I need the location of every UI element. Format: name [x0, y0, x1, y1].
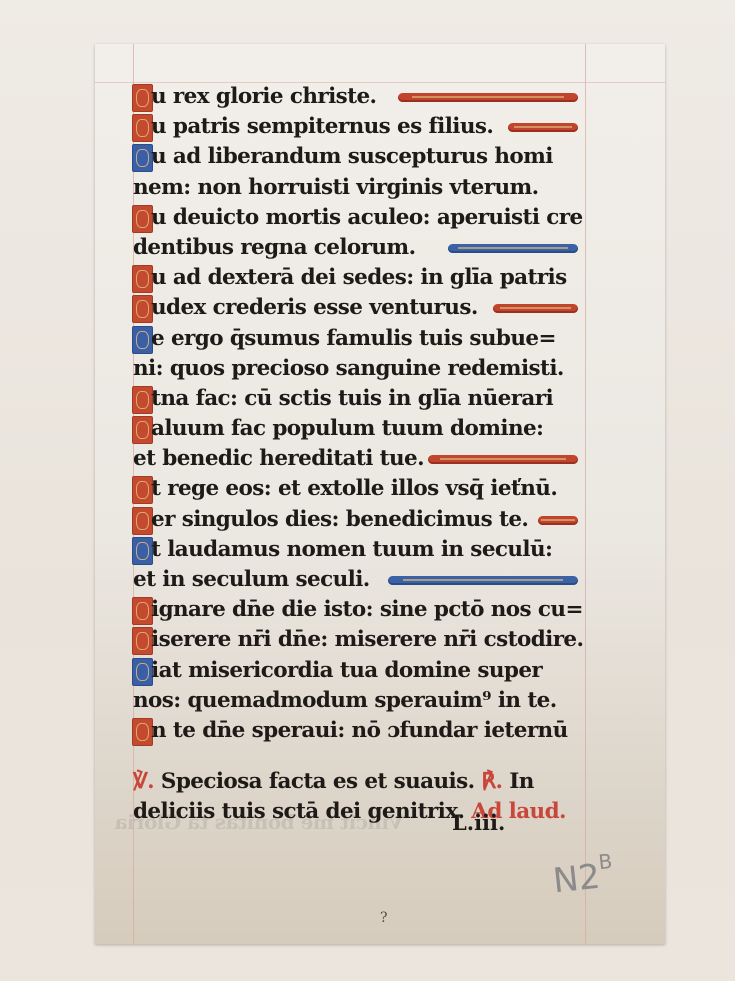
line-text: iserere nr̄i dn̄e: miserere nr̄i cstodir… [151, 625, 583, 655]
illuminated-initial-red [132, 597, 153, 625]
response-text: In [509, 769, 534, 794]
versicle-mark: ℣. [133, 769, 154, 794]
text-line: iat misericordia tua domine super [133, 656, 583, 686]
closing-response-line: deliciis tuis sctā dei genitrix. Ad laud… [133, 797, 583, 827]
line-text: aluum fac populum tuum domine: [151, 414, 543, 444]
line-text: t laudamus nomen tuum in seculū: [151, 535, 552, 565]
line-text: tna fac: cū sctis tuis in glīa nūerari [151, 384, 553, 414]
illuminated-initial-red [132, 507, 153, 535]
line-filler-blue [448, 244, 578, 253]
line-text: ignare dn̄e die isto: sine pctō nos cu= [151, 595, 583, 625]
text-line: et benedic hereditati tue. [133, 444, 583, 474]
line-filler-red [493, 304, 578, 313]
illuminated-initial-red [132, 416, 153, 444]
line-text: iat misericordia tua domine super [151, 656, 542, 686]
line-text: nos: quemadmodum sperauim⁹ in te. [133, 686, 557, 716]
text-line: er singulos dies: benedicimus te. [133, 505, 583, 535]
illuminated-initial-red [132, 386, 153, 414]
ruling-right [585, 44, 586, 944]
line-text: u ad dexterā dei sedes: in glīa patris [151, 263, 567, 293]
illuminated-initial-red [132, 265, 153, 293]
bottom-mark: ? [380, 910, 388, 926]
illuminated-initial-red [132, 84, 153, 112]
line-filler-blue [388, 576, 578, 585]
line-text: nem: non horruisti virginis vterum. [133, 173, 539, 203]
illuminated-initial-blue [132, 658, 153, 686]
text-line: t laudamus nomen tuum in seculū: [133, 535, 583, 565]
illuminated-initial-red [132, 114, 153, 142]
illuminated-initial-blue [132, 326, 153, 354]
text-line: ni: quos precioso sanguine redemisti. [133, 354, 583, 384]
text-line: tna fac: cū sctis tuis in glīa nūerari [133, 384, 583, 414]
line-filler-red [508, 123, 578, 132]
text-line: u ad liberandum suscepturus homi [133, 142, 583, 172]
response-mark: ℟. [481, 769, 502, 794]
line-text: et benedic hereditati tue. [133, 444, 424, 474]
line-text: er singulos dies: benedicimus te. [151, 505, 528, 535]
illuminated-initial-red [132, 476, 153, 504]
response-text-cont: deliciis tuis sctā dei genitrix. [133, 799, 464, 824]
illuminated-initial-red [132, 205, 153, 233]
text-line: n te dn̄e speraui: nō ɔfundar ieternū [133, 716, 583, 746]
line-text: udex crederis esse venturus. [151, 293, 478, 323]
text-line: u rex glorie christe. [133, 82, 583, 112]
line-text: t rege eos: et extolle illos vsq̄ ieťnū. [151, 474, 557, 504]
gold-highlight [458, 247, 567, 249]
line-filler-red [538, 516, 578, 525]
line-filler-red [398, 93, 578, 102]
illuminated-initial-red [132, 295, 153, 323]
signature-mark: L.iii. [452, 810, 505, 835]
gold-highlight [403, 579, 563, 581]
text-line: t rege eos: et extolle illos vsq̄ ieťnū. [133, 474, 583, 504]
line-filler-red [428, 455, 578, 464]
text-line: dentibus regna celorum. [133, 233, 583, 263]
text-line: et in seculum seculi. [133, 565, 583, 595]
line-text: u patris sempiternus es filius. [151, 112, 493, 142]
text-line: ignare dn̄e die isto: sine pctō nos cu= [133, 595, 583, 625]
text-line: nem: non horruisti virginis vterum. [133, 173, 583, 203]
line-text: ni: quos precioso sanguine redemisti. [133, 354, 564, 384]
pencil-annotation: N2B [551, 855, 616, 901]
illuminated-initial-red [132, 627, 153, 655]
line-text: dentibus regna celorum. [133, 233, 415, 263]
versicle-text: Speciosa facta es et suauis. [161, 769, 475, 794]
gold-highlight [541, 519, 575, 521]
text-line: u patris sempiternus es filius. [133, 112, 583, 142]
text-line: udex crederis esse venturus. [133, 293, 583, 323]
line-text: n te dn̄e speraui: nō ɔfundar ieternū [151, 716, 568, 746]
illuminated-initial-red [132, 718, 153, 746]
text-block: u rex glorie christe.u patris sempiternu… [133, 82, 583, 746]
line-text: e ergo q̄sumus famulis tuis subue= [151, 324, 556, 354]
text-line: nos: quemadmodum sperauim⁹ in te. [133, 686, 583, 716]
text-line: e ergo q̄sumus famulis tuis subue= [133, 324, 583, 354]
illuminated-initial-blue [132, 144, 153, 172]
gold-highlight [514, 126, 573, 128]
gold-highlight [440, 458, 566, 460]
gold-highlight [500, 307, 571, 309]
text-line: iserere nr̄i dn̄e: miserere nr̄i cstodir… [133, 625, 583, 655]
text-line: aluum fac populum tuum domine: [133, 414, 583, 444]
line-text: u rex glorie christe. [151, 82, 376, 112]
line-text: u ad liberandum suscepturus homi [151, 142, 553, 172]
text-line: u ad dexterā dei sedes: in glīa patris [133, 263, 583, 293]
illuminated-initial-blue [132, 537, 153, 565]
gold-highlight [412, 96, 563, 98]
closing-versicle-line: ℣. Speciosa facta es et suauis. ℟. In [133, 767, 583, 797]
line-text: et in seculum seculi. [133, 565, 370, 595]
line-text: u deuicto mortis aculeo: aperuisti cre [151, 203, 583, 233]
text-line: u deuicto mortis aculeo: aperuisti cre [133, 203, 583, 233]
